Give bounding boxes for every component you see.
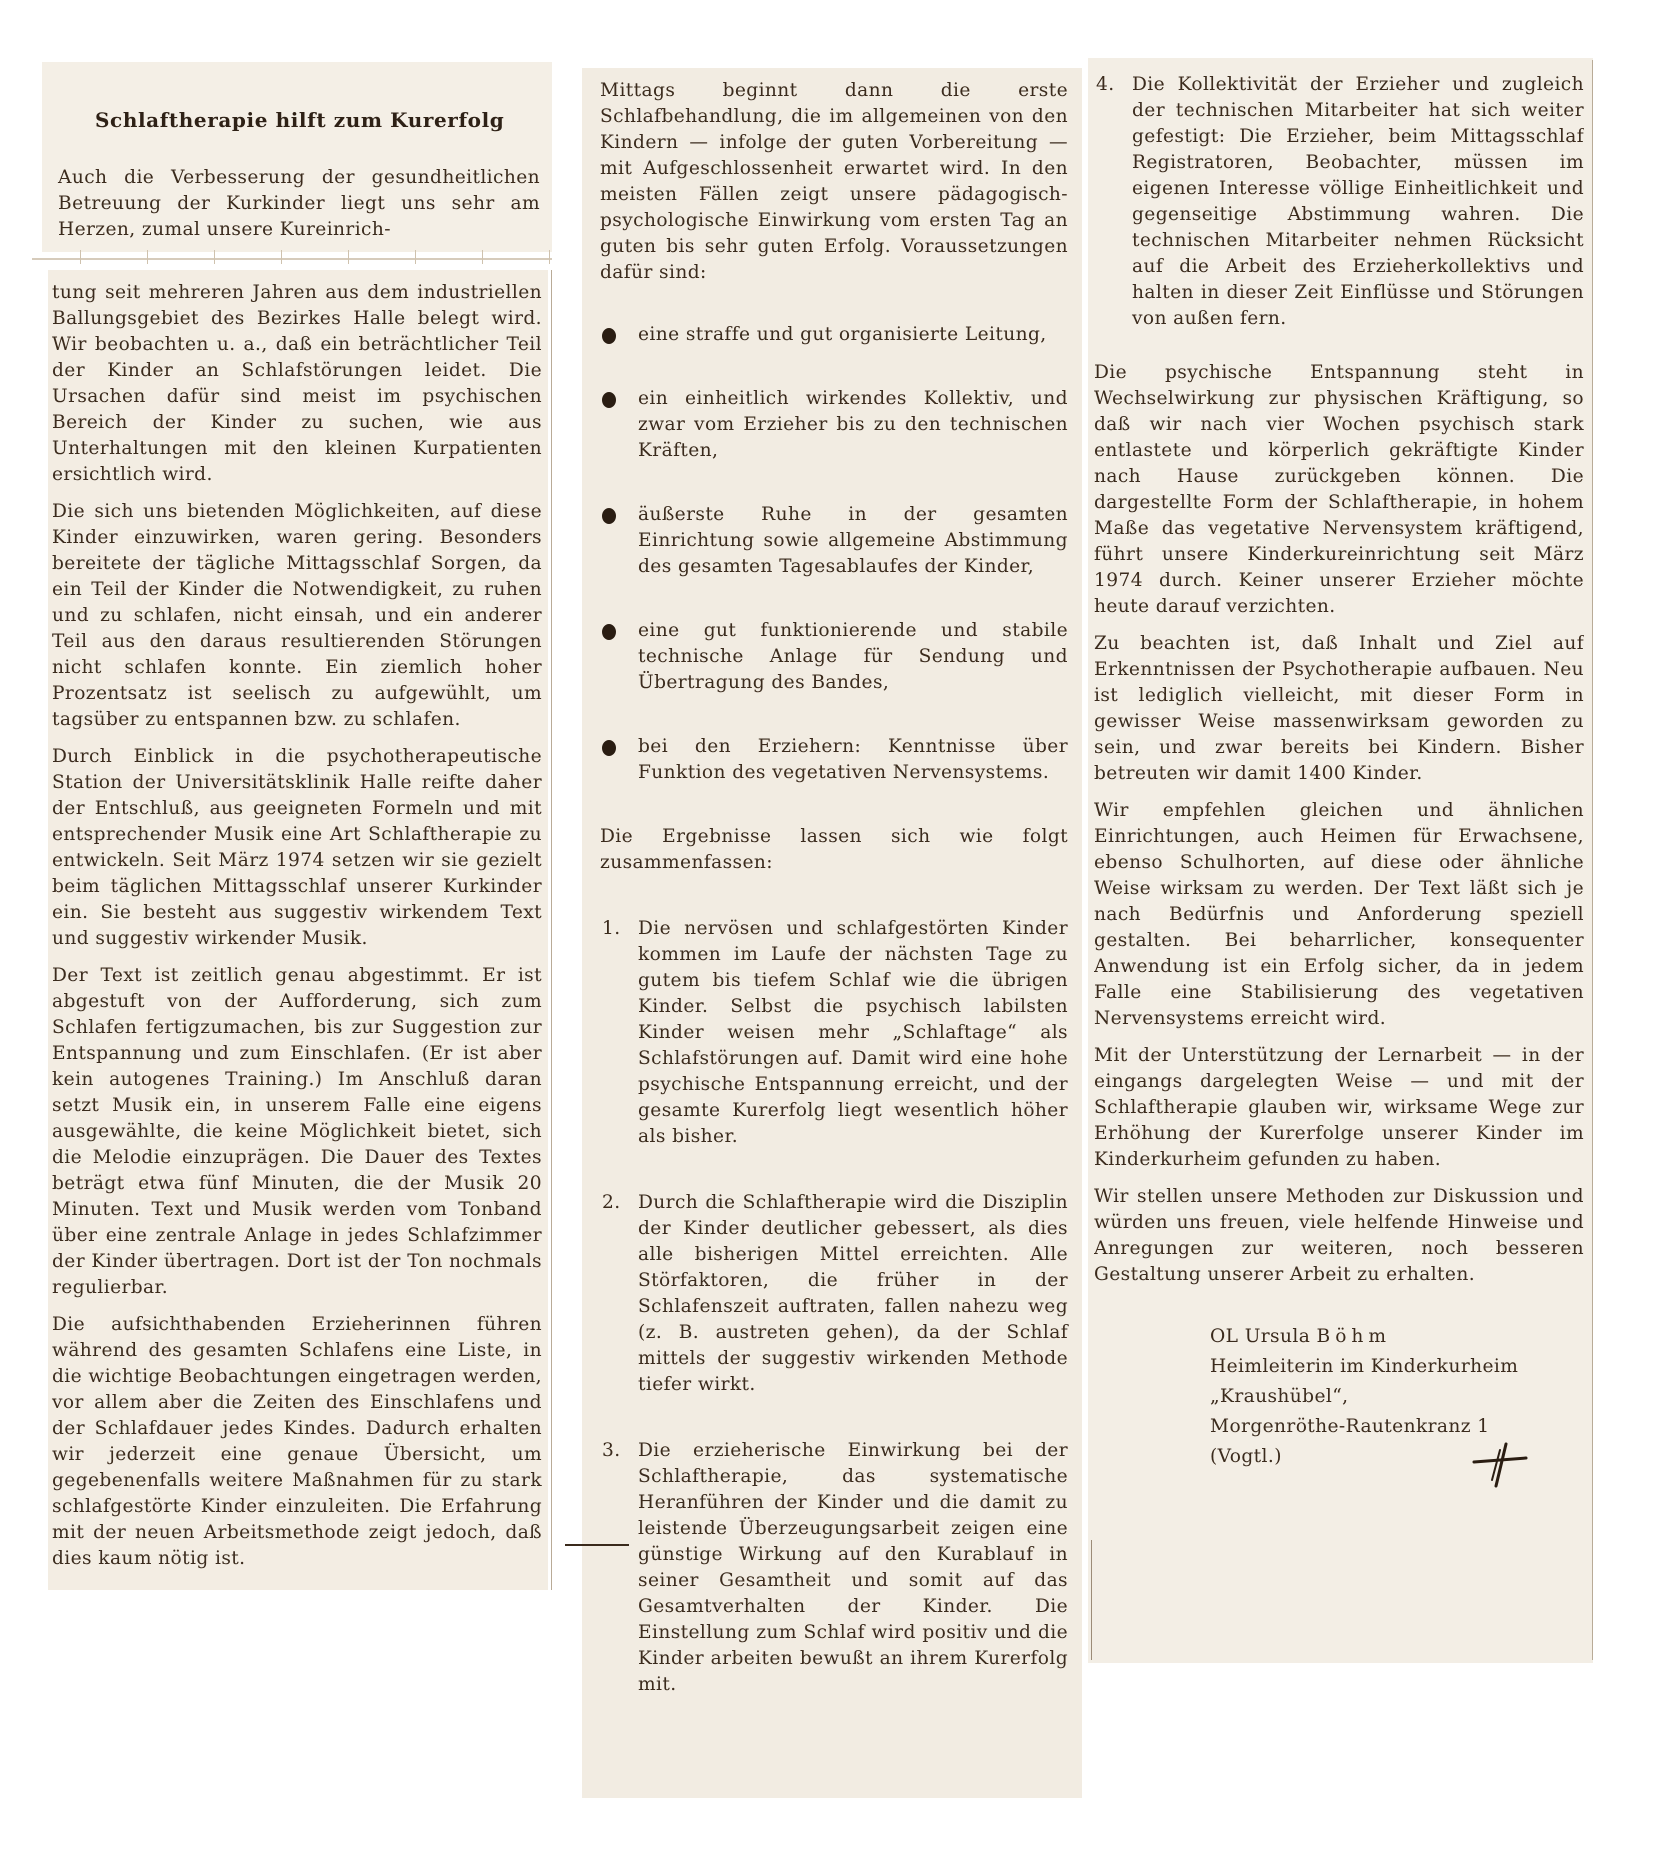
result-number: 3. — [602, 1438, 621, 1464]
result-text: Die Kollektivität der Erzieher und zugle… — [1132, 74, 1584, 329]
paragraph: Die sich uns bietenden Möglichkeiten, au… — [52, 499, 542, 733]
paragraph: Wir stellen unsere Methoden zur Diskussi… — [1094, 1184, 1584, 1288]
list-item: bei den Erziehern: Kenntnisse über Funkt… — [600, 734, 1068, 786]
list-item-text: eine straffe und gut organisierte Leitun… — [638, 324, 1047, 345]
article-column-3: 4.Die Kollektivität der Erzieher und zug… — [1094, 72, 1584, 1472]
bullet-icon — [602, 392, 616, 408]
result-item: 4.Die Kollektivität der Erzieher und zug… — [1094, 72, 1584, 332]
bullet-icon — [602, 508, 616, 524]
list-item: eine gut funktionierende und stabile tec… — [600, 618, 1068, 696]
result-item: 1.Die nervösen und schlafgestörten Kinde… — [600, 916, 1068, 1150]
list-item: äußerste Ruhe in der gesamten Einrichtun… — [600, 502, 1068, 580]
author-address: Morgenröthe-Rautenkranz 1 — [1210, 1412, 1584, 1442]
paragraph: Die psychische Entspannung steht in Wech… — [1094, 360, 1584, 620]
bullet-icon — [602, 624, 616, 640]
clipping-right-edge — [1592, 60, 1593, 1660]
result-item: 3.Die erzieherische Einwirkung bei der S… — [600, 1438, 1068, 1698]
paragraph: Mittags beginnt dann die erste Schlafbeh… — [600, 78, 1068, 286]
result-text: Die erzieherische Einwirkung bei der Sch… — [638, 1440, 1068, 1695]
author-institution: „Kraushübel“, — [1210, 1382, 1584, 1412]
results-list: 1.Die nervösen und schlafgestörten Kinde… — [600, 916, 1068, 1698]
author-surname: Böhm — [1317, 1326, 1391, 1347]
paragraph: tung seit mehreren Jahren aus dem indust… — [52, 280, 542, 488]
list-item: ein einheitlich wirkendes Kollektiv, und… — [600, 386, 1068, 464]
paragraph: Die aufsichthabenden Erzieherinnen führe… — [52, 1312, 542, 1572]
result-number: 4. — [1096, 72, 1115, 98]
author-role: Heimleiterin im Kinderkurheim — [1210, 1352, 1584, 1382]
article-intro: Auch die Verbesserung der gesundheitlich… — [58, 165, 540, 254]
list-item-text: äußerste Ruhe in der gesamten Einrichtun… — [638, 504, 1068, 577]
column-divider — [551, 270, 552, 1590]
results-list-continued: 4.Die Kollektivität der Erzieher und zug… — [1094, 72, 1584, 332]
paragraph: Durch Einblick in die psychotherapeutisc… — [52, 744, 542, 952]
result-text: Durch die Schlaftherapie wird die Diszip… — [638, 1192, 1068, 1395]
result-number: 2. — [602, 1190, 621, 1216]
article-column-1: tung seit mehreren Jahren aus dem indust… — [52, 280, 542, 1583]
paragraph: Der Text ist zeitlich genau abgestimmt. … — [52, 963, 542, 1301]
result-text: Die nervösen und schlafgestörten Kinder … — [638, 918, 1068, 1147]
author-name: OL Ursula Böhm — [1210, 1322, 1584, 1352]
article-column-2: Mittags beginnt dann die erste Schlafbeh… — [600, 78, 1068, 1738]
bullet-icon — [602, 740, 616, 756]
paragraph: Zu beachten ist, daß Inhalt und Ziel auf… — [1094, 631, 1584, 787]
paragraph: Wir empfehlen gleichen und ähnlichen Ein… — [1094, 798, 1584, 1032]
list-item-text: ein einheitlich wirkendes Kollektiv, und… — [638, 388, 1068, 461]
prerequisites-list: eine straffe und gut organisierte Leitun… — [600, 322, 1068, 786]
results-intro: Die Ergebnisse lassen sich wie folgt zus… — [600, 824, 1068, 876]
bullet-icon — [602, 328, 616, 344]
handwritten-mark-icon — [1470, 1440, 1530, 1490]
result-number: 1. — [602, 916, 621, 942]
article-headline: Schlaftherapie hilft zum Kurerfolg — [95, 108, 535, 132]
column-divider — [1091, 1540, 1092, 1660]
list-item: eine straffe und gut organisierte Leitun… — [600, 322, 1068, 348]
list-item-text: bei den Erziehern: Kenntnisse über Funkt… — [638, 736, 1068, 783]
author-title: OL Ursula — [1210, 1326, 1310, 1347]
list-item-text: eine gut funktionierende und stabile tec… — [638, 620, 1068, 693]
result-item: 2.Durch die Schlaftherapie wird die Disz… — [600, 1190, 1068, 1398]
intro-paragraph: Auch die Verbesserung der gesundheitlich… — [58, 165, 540, 243]
paragraph: Mit der Unterstützung der Lernarbeit — i… — [1094, 1043, 1584, 1173]
